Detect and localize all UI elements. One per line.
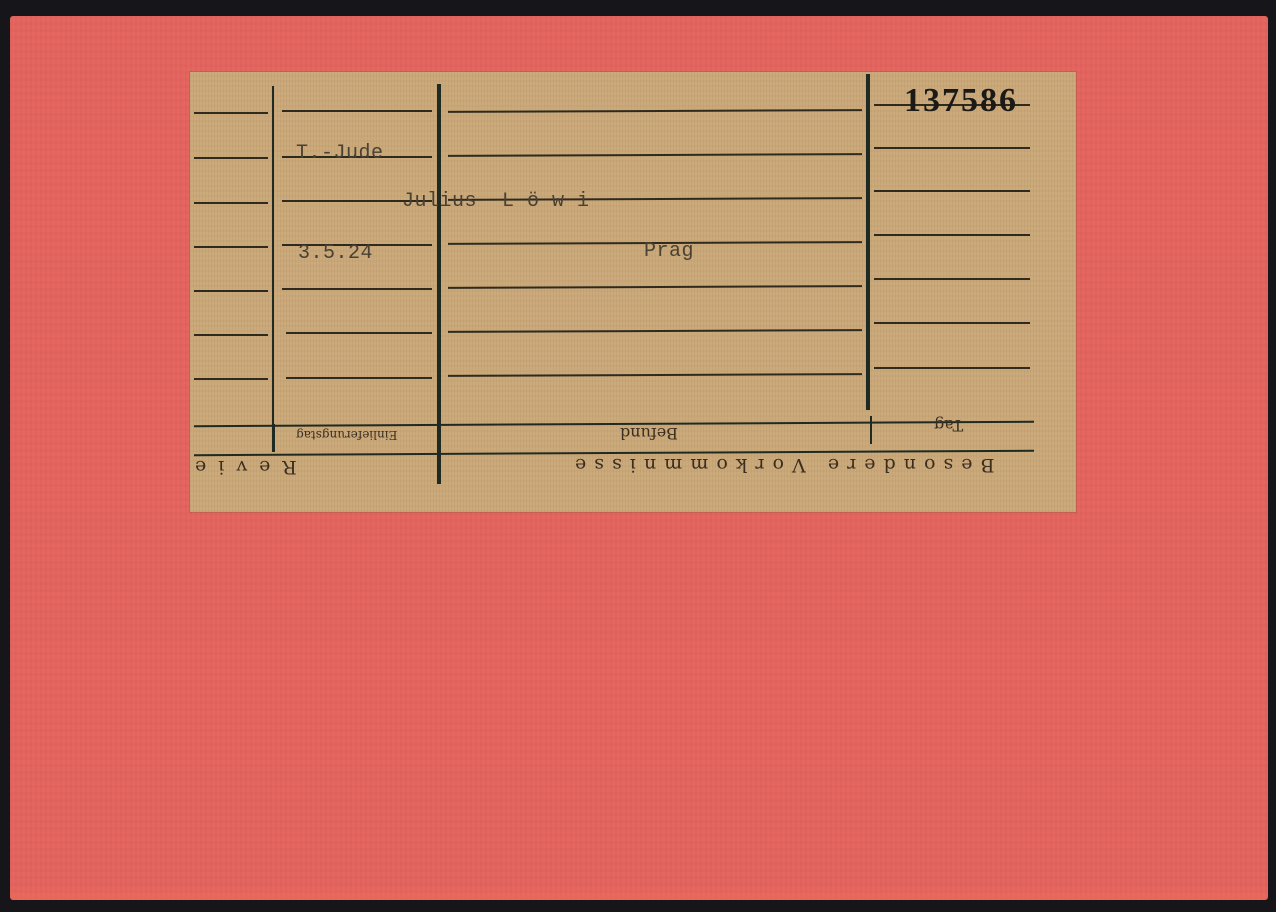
name-entry: Julius L ö w i <box>402 190 590 213</box>
rule-line <box>194 112 268 114</box>
rule-line <box>194 290 268 292</box>
rule-line <box>194 157 268 159</box>
rule-line <box>448 109 862 112</box>
rule-line <box>194 334 268 336</box>
footer-divider-right <box>870 416 872 444</box>
footer-divider-left <box>273 424 275 452</box>
rule-line <box>874 367 1030 369</box>
label-findings: Befund <box>620 424 678 443</box>
label-day: Tag <box>934 416 963 435</box>
rule-line <box>282 110 432 112</box>
rule-line <box>194 202 268 204</box>
label-admission-day: Einlieferungstag <box>296 428 397 442</box>
prisoner-number-stamp: 137586 <box>904 82 1018 120</box>
label-ward: R e v i e <box>192 456 297 478</box>
rule-line <box>448 329 862 332</box>
rule-line <box>874 278 1030 280</box>
rule-line <box>448 373 862 376</box>
rule-line <box>874 190 1030 192</box>
rule-line <box>874 147 1030 149</box>
footer-top-line <box>194 421 1034 427</box>
category-entry: T.-Jude <box>296 142 384 165</box>
rule-line <box>448 153 862 156</box>
birth-date-entry: 3.5.24 <box>298 242 373 265</box>
rule-line <box>282 288 432 290</box>
rule-line <box>874 322 1030 324</box>
rule-line <box>286 377 432 379</box>
rule-line <box>194 378 268 380</box>
rule-line <box>448 285 862 288</box>
column-divider-3 <box>866 74 870 410</box>
label-special-incidents: B e s o n d e r e V o r k o m m n i s s … <box>574 454 995 476</box>
index-card: 137586 T.-Jude Julius L ö w i 3.5.24 Pra… <box>190 72 1076 512</box>
birth-place-entry: Prag <box>644 240 694 263</box>
column-divider-1 <box>272 86 274 452</box>
rule-line <box>874 234 1030 236</box>
rule-line <box>286 332 432 334</box>
rule-line <box>194 246 268 248</box>
